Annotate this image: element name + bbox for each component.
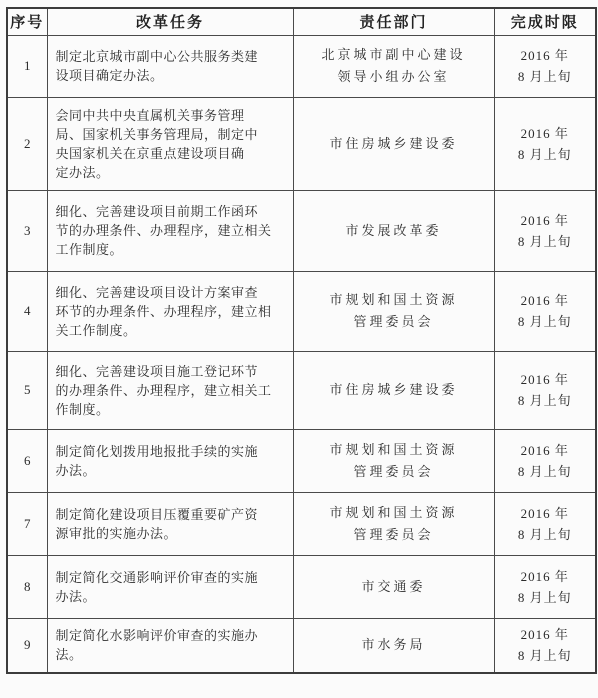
department-cell: 市水务局 <box>293 618 494 673</box>
col-header-number: 序号 <box>7 8 47 35</box>
table-row: 9 制定简化水影响评价审查的实施办法。 市水务局 2016 年 8 月上旬 <box>7 618 596 673</box>
table-row: 7 制定简化建设项目压覆重要矿产资 源审批的实施办法。 市规划和国土资源 管理委… <box>7 492 596 555</box>
row-number-cell: 5 <box>7 351 47 429</box>
department-cell: 市交通委 <box>293 555 494 618</box>
header-row: 序号 改革任务 责任部门 完成时限 <box>7 8 596 35</box>
deadline-cell: 2016 年 8 月上旬 <box>494 35 596 97</box>
table-body: 1 制定北京城市副中心公共服务类建 设项目确定办法。 北京城市副中心建设 领导小… <box>7 35 596 673</box>
deadline-cell: 2016 年 8 月上旬 <box>494 492 596 555</box>
department-cell: 市规划和国土资源 管理委员会 <box>293 271 494 351</box>
table-row: 2 会同中共中央直属机关事务管理 局、国家机关事务管理局，制定中 央国家机关在京… <box>7 97 596 190</box>
task-cell: 制定北京城市副中心公共服务类建 设项目确定办法。 <box>47 35 293 97</box>
task-cell: 制定简化划拨用地报批手续的实施 办法。 <box>47 429 293 492</box>
row-number-cell: 8 <box>7 555 47 618</box>
department-cell: 北京城市副中心建设 领导小组办公室 <box>293 35 494 97</box>
department-cell: 市住房城乡建设委 <box>293 351 494 429</box>
row-number-cell: 1 <box>7 35 47 97</box>
deadline-cell: 2016 年 8 月上旬 <box>494 618 596 673</box>
deadline-cell: 2016 年 8 月上旬 <box>494 97 596 190</box>
task-cell: 制定简化交通影响评价审查的实施 办法。 <box>47 555 293 618</box>
row-number-cell: 4 <box>7 271 47 351</box>
col-header-task: 改革任务 <box>47 8 293 35</box>
row-number-cell: 6 <box>7 429 47 492</box>
row-number-cell: 9 <box>7 618 47 673</box>
task-cell: 细化、完善建设项目施工登记环节 的办理条件、办理程序，建立相关工 作制度。 <box>47 351 293 429</box>
table-row: 8 制定简化交通影响评价审查的实施 办法。 市交通委 2016 年 8 月上旬 <box>7 555 596 618</box>
table-row: 6 制定简化划拨用地报批手续的实施 办法。 市规划和国土资源 管理委员会 201… <box>7 429 596 492</box>
row-number-cell: 2 <box>7 97 47 190</box>
task-cell: 细化、完善建设项目设计方案审查 环节的办理条件、办理程序，建立相 关工作制度。 <box>47 271 293 351</box>
deadline-cell: 2016 年 8 月上旬 <box>494 555 596 618</box>
row-number-cell: 7 <box>7 492 47 555</box>
task-cell: 细化、完善建设项目前期工作函环 节的办理条件、办理程序，建立相关 工作制度。 <box>47 190 293 271</box>
col-header-deadline: 完成时限 <box>494 8 596 35</box>
department-cell: 市规划和国土资源 管理委员会 <box>293 429 494 492</box>
table-row: 1 制定北京城市副中心公共服务类建 设项目确定办法。 北京城市副中心建设 领导小… <box>7 35 596 97</box>
table-row: 5 细化、完善建设项目施工登记环节 的办理条件、办理程序，建立相关工 作制度。 … <box>7 351 596 429</box>
department-cell: 市规划和国土资源 管理委员会 <box>293 492 494 555</box>
table-row: 4 细化、完善建设项目设计方案审查 环节的办理条件、办理程序，建立相 关工作制度… <box>7 271 596 351</box>
deadline-cell: 2016 年 8 月上旬 <box>494 190 596 271</box>
col-header-department: 责任部门 <box>293 8 494 35</box>
table-row: 3 细化、完善建设项目前期工作函环 节的办理条件、办理程序，建立相关 工作制度。… <box>7 190 596 271</box>
task-cell: 制定简化建设项目压覆重要矿产资 源审批的实施办法。 <box>47 492 293 555</box>
deadline-cell: 2016 年 8 月上旬 <box>494 429 596 492</box>
task-cell: 会同中共中央直属机关事务管理 局、国家机关事务管理局，制定中 央国家机关在京重点… <box>47 97 293 190</box>
row-number-cell: 3 <box>7 190 47 271</box>
deadline-cell: 2016 年 8 月上旬 <box>494 351 596 429</box>
task-cell: 制定简化水影响评价审查的实施办法。 <box>47 618 293 673</box>
reform-tasks-table: 序号 改革任务 责任部门 完成时限 1 制定北京城市副中心公共服务类建 设项目确… <box>6 7 597 674</box>
department-cell: 市住房城乡建设委 <box>293 97 494 190</box>
department-cell: 市发展改革委 <box>293 190 494 271</box>
deadline-cell: 2016 年 8 月上旬 <box>494 271 596 351</box>
